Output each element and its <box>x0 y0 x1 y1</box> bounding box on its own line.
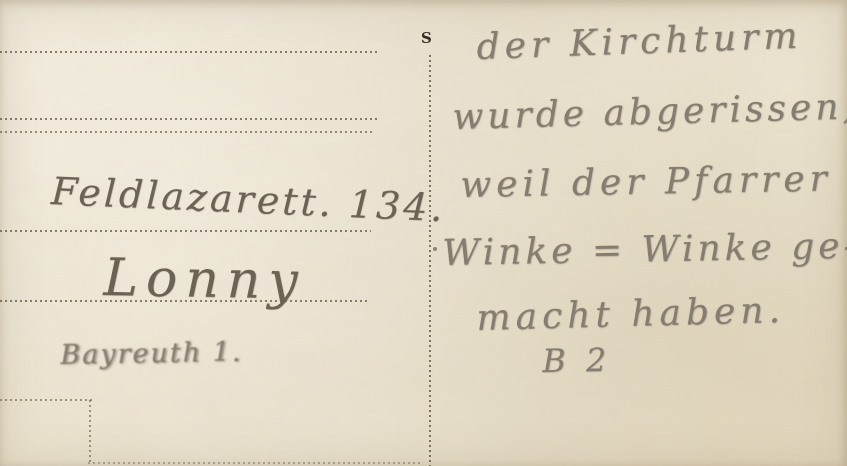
handwriting-message-line-4: Winke = Winke ge- <box>442 229 847 272</box>
pen-rest-dot <box>433 247 437 251</box>
corner-box-line-vertical <box>89 400 91 464</box>
printed-series-mark: S <box>421 29 432 47</box>
address-dotted-line-4 <box>0 230 371 232</box>
handwriting-message-line-5: macht haben. <box>476 293 785 337</box>
address-dotted-line-1 <box>0 51 378 53</box>
postcard-back: S Feldlazarett. 134. Lonny Bayreuth 1. d… <box>0 0 847 466</box>
divider-dotted-line <box>429 55 431 466</box>
handwriting-message-line-6: B 2 <box>542 344 612 377</box>
corner-box-line-horizontal <box>0 399 92 401</box>
address-dotted-line-2 <box>0 118 378 120</box>
address-dotted-line-3 <box>0 131 374 133</box>
bottom-edge-dotted-line <box>88 462 422 464</box>
handwriting-message-line-3: weil der Pfarrer <box>460 162 832 204</box>
handwriting-signature: Lonny <box>103 252 306 308</box>
handwriting-message-line-2: wurde abgerissen, <box>452 89 847 136</box>
handwriting-message-line-1: der Kirchturm <box>476 19 803 66</box>
handwriting-sender-unit: Feldlazarett. 134. <box>50 172 446 227</box>
handwriting-place-line: Bayreuth 1. <box>60 339 243 369</box>
